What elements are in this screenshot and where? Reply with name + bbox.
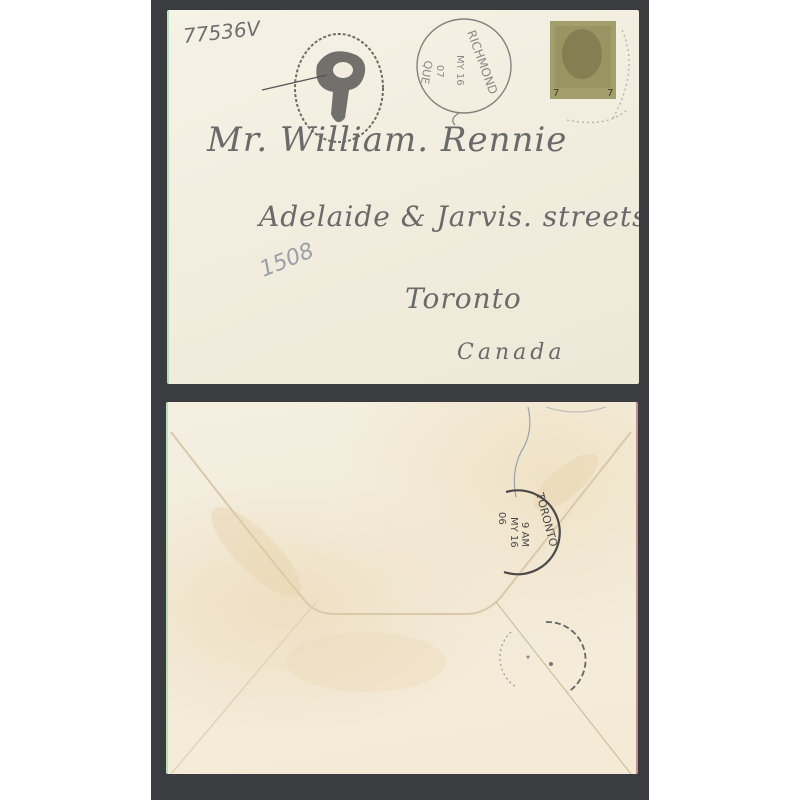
transit-postmark-icon (166, 402, 638, 774)
address-line-name: Mr. William. Rennie (207, 120, 567, 160)
svg-text:MY 16: MY 16 (454, 55, 465, 86)
svg-text:QUE: QUE (418, 59, 435, 85)
address-line-country: Canada (457, 340, 565, 365)
address-line-city: Toronto (405, 282, 522, 315)
svg-text:07: 07 (434, 65, 445, 78)
stamp-icon: 7 7 (545, 16, 621, 104)
svg-text:RICHMOND: RICHMOND (464, 28, 500, 96)
envelope-back: TORONTO MY 16 06 9 AM (166, 402, 638, 774)
svg-text:7: 7 (607, 88, 613, 99)
front-markings: RICHMOND MY 16 07 QUE 7 7 (167, 10, 639, 384)
svg-text:7: 7 (553, 88, 559, 99)
address-line-street: Adelaide & Jarvis. streets (259, 200, 639, 233)
envelope-front: RICHMOND MY 16 07 QUE 7 7 77536V 1508 Mr… (167, 10, 639, 384)
